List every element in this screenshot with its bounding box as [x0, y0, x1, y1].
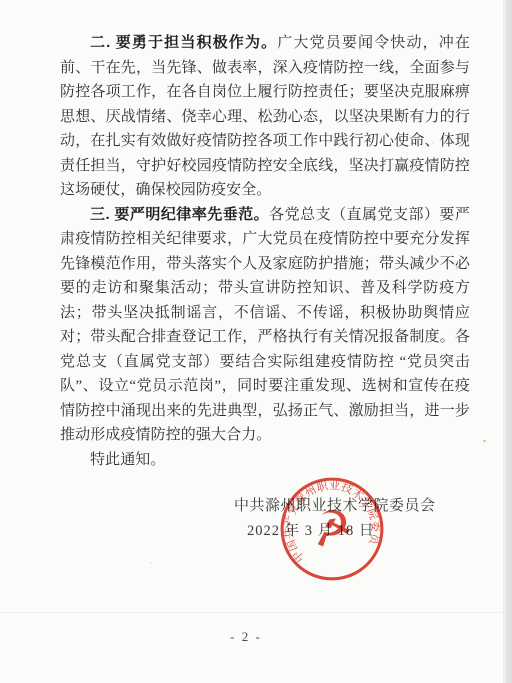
paragraph: 三. 要严明纪律率先垂范。各党总支（直属党支部）要严肃疫情防控相关纪律要求，广大…: [60, 203, 470, 448]
paragraph-text: 广大党员要闻令快动，冲在前、干在先，当先锋、做表率，深入疫情防控一线，全面参与防…: [60, 35, 470, 198]
page-number: - 2 -: [0, 629, 492, 645]
paragraph: 特此通知。: [60, 448, 470, 473]
paper-speck: [92, 300, 94, 302]
paragraph-heading: 三. 要严明纪律率先垂范。: [90, 206, 269, 223]
scan-artifact-line: [0, 612, 512, 613]
paragraph: 二. 要勇于担当积极作为。广大党员要闻令快动，冲在前、干在先，当先锋、做表率，深…: [60, 31, 470, 203]
hammer-sickle-icon: ☭: [306, 498, 358, 560]
document-page: 二. 要勇于担当积极作为。广大党员要闻令快动，冲在前、干在先，当先锋、做表率，深…: [0, 0, 512, 683]
scan-edge-shadow: [503, 0, 512, 683]
document-body: 二. 要勇于担当积极作为。广大党员要闻令快动，冲在前、干在先，当先锋、做表率，深…: [60, 31, 470, 472]
paragraph-text: 特此通知。: [90, 452, 166, 468]
paragraph-text: 各党总支（直属党支部）要严肃疫情防控相关纪律要求，广大党员在疫情防控中要充分发挥…: [60, 207, 470, 444]
official-seal: 中国共产党滁州职业技术学院委员会 ☭: [266, 463, 399, 596]
ink-speck: [483, 440, 486, 442]
paper-speck: [432, 142, 434, 144]
paragraph-heading: 二. 要勇于担当积极作为。: [90, 34, 277, 51]
paper-speck: [150, 562, 152, 564]
